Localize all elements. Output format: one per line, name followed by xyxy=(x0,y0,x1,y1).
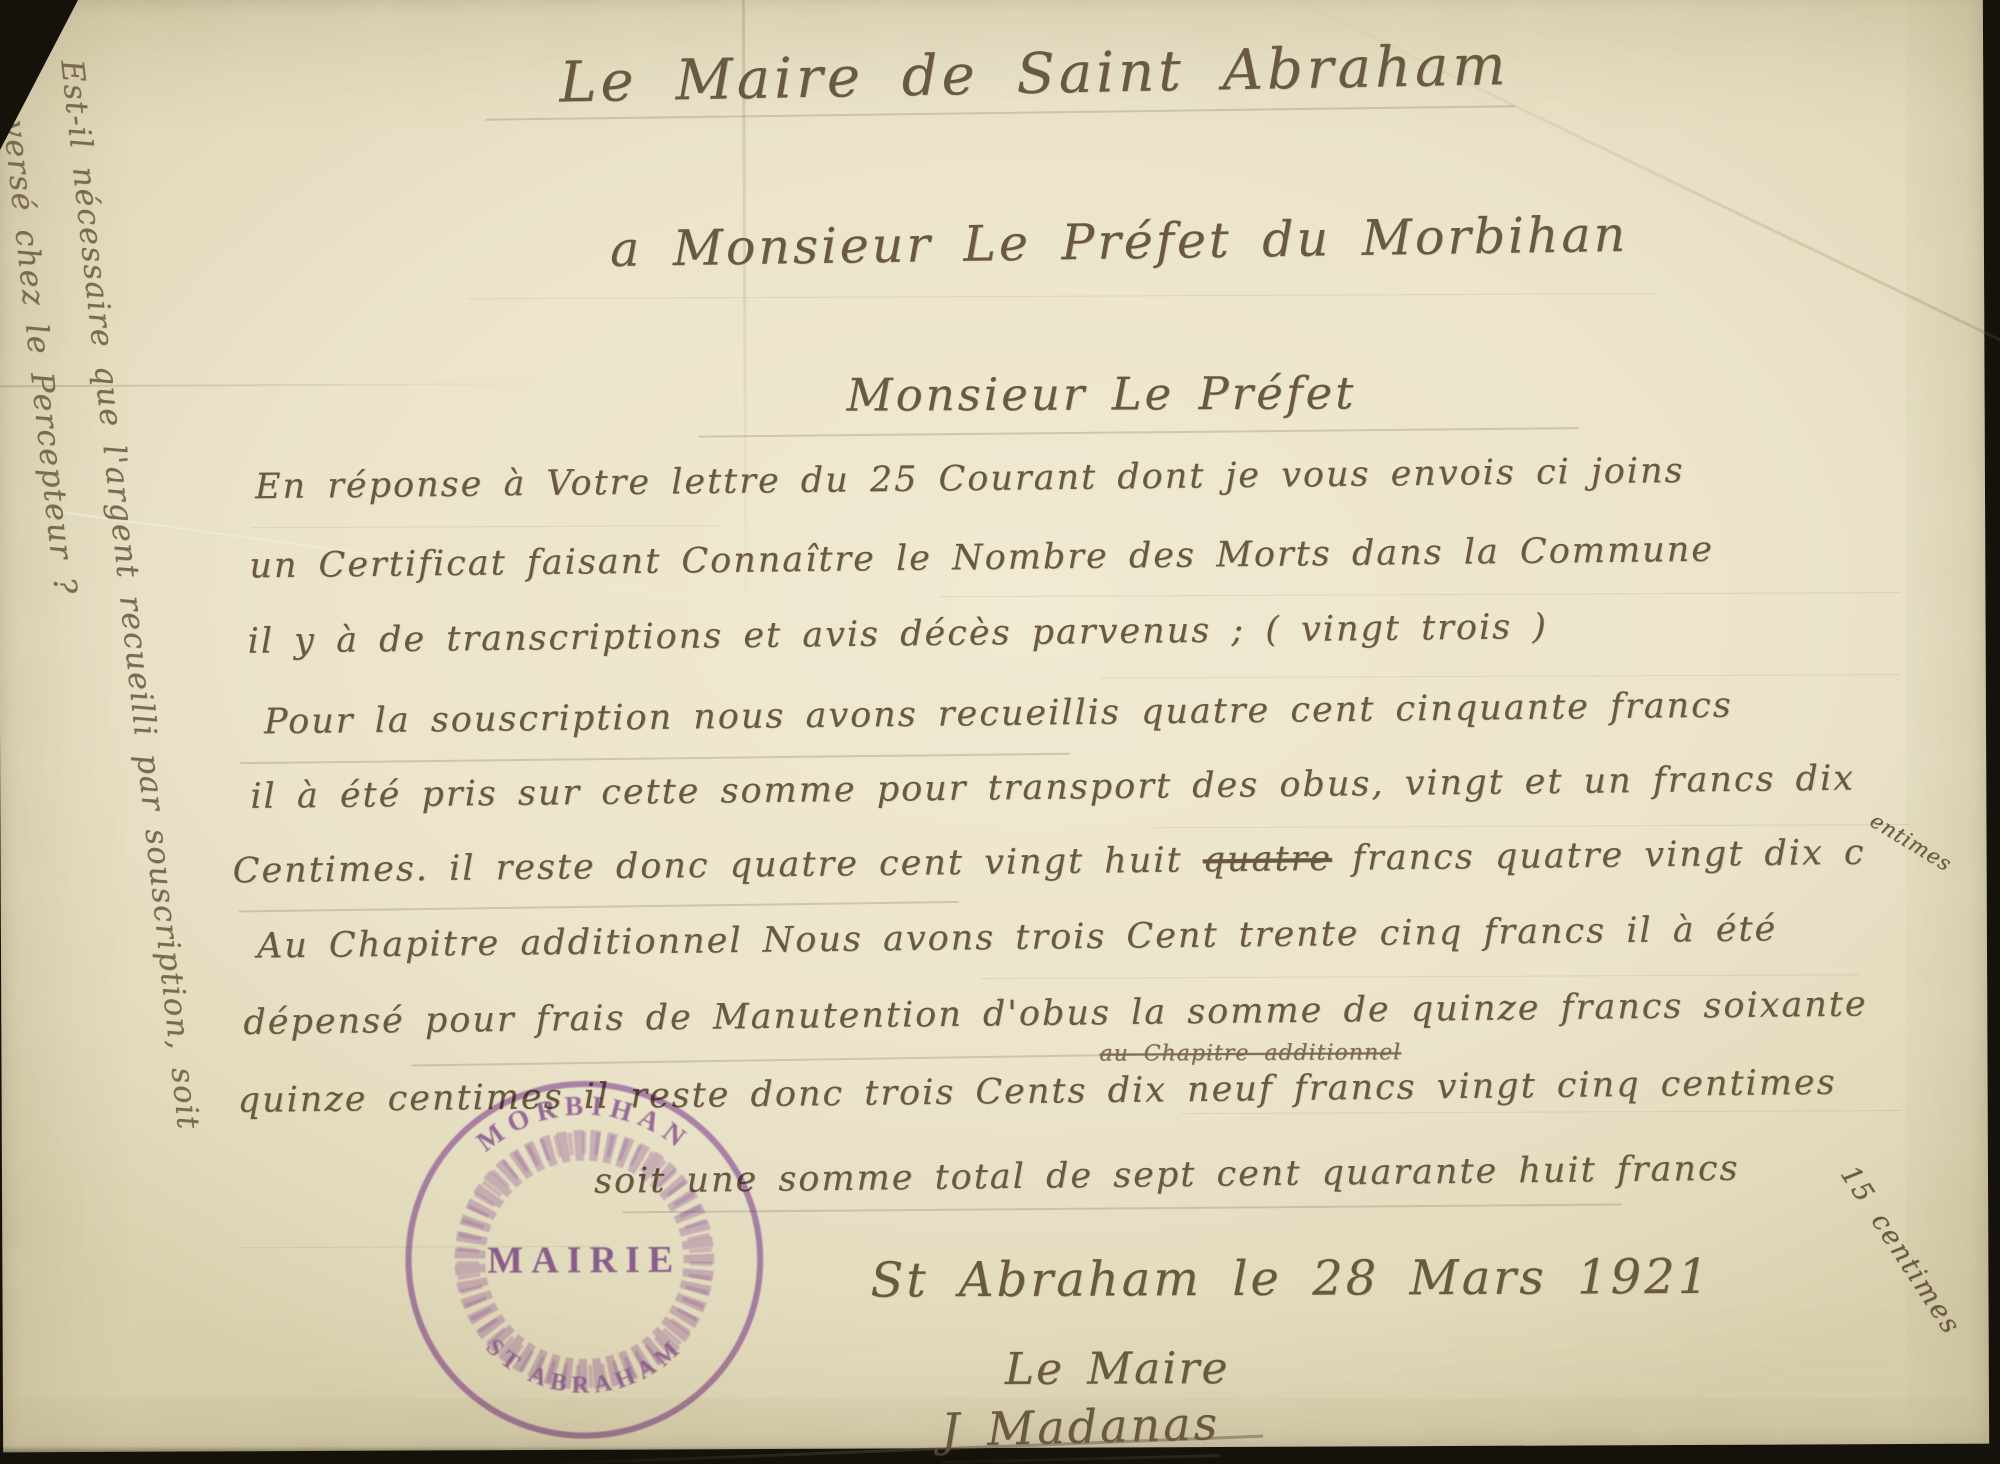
pencil-rule xyxy=(939,592,1899,597)
letter-closing: Le Maire xyxy=(1005,1343,1230,1395)
pencil-rule xyxy=(1100,674,1900,678)
letter-body-line-6: Centimes. il reste donc quatre cent ving… xyxy=(232,832,1956,892)
pencil-rule xyxy=(981,974,1861,979)
pencil-rule xyxy=(622,1204,1622,1214)
line6-text-after: francs quatre vingt dix c xyxy=(1332,833,1866,879)
letter-body-line-5: il à été pris sur cette somme pour trans… xyxy=(250,759,1855,817)
line9-text-after: dix neuf francs vingt cinq centimes xyxy=(1107,1063,1836,1111)
pencil-rule xyxy=(240,753,1070,764)
letter-body-line-1: En réponse à Votre lettre du 25 Courant … xyxy=(255,451,1685,507)
pencil-rule xyxy=(699,427,1579,437)
letter-body-line-3: il y à de transcriptions et avis décès p… xyxy=(247,607,1548,662)
pencil-rule xyxy=(1182,1110,1902,1114)
letter-body-line-4: Pour la souscription nous avons recueill… xyxy=(264,686,1733,743)
letter-salutation: Monsieur Le Préfet xyxy=(846,366,1356,421)
pencil-rule xyxy=(1150,824,1910,828)
margin-note-line-1: Est-il nécessaire que l'argent recueilli… xyxy=(53,58,206,1132)
line6-edge-word: entimes xyxy=(1866,808,1956,876)
letter-body-line-7: Au Chapitre additionnel Nous avons trois… xyxy=(257,909,1778,966)
stamp-text-center: MAIRIE xyxy=(487,1239,681,1282)
letter-heading-sender: Le Maire de Saint Abraham xyxy=(559,33,1510,115)
photo-bottom-edge xyxy=(0,1446,2000,1464)
line6-text: Centimes. il reste donc quatre cent ving… xyxy=(232,840,1202,891)
letter-paper: Le Maire de Saint Abraham a Monsieur Le … xyxy=(0,0,1989,1452)
line6-struck-word: quatre xyxy=(1202,839,1332,880)
photo-stage: Le Maire de Saint Abraham a Monsieur Le … xyxy=(0,0,2000,1464)
line10-diagonal-note: 15 centimes xyxy=(1834,1160,1967,1340)
letter-dateline: St Abraham le 28 Mars 1921 xyxy=(870,1249,1711,1309)
letter-heading-recipient: a Monsieur Le Préfet du Morbihan xyxy=(610,206,1629,278)
pencil-rule xyxy=(411,1053,1171,1066)
mairie-ink-stamp: MORBIHAN ST ABRAHAM MAIRIE xyxy=(400,1075,770,1445)
pencil-rule xyxy=(468,293,1658,299)
letter-body-line-2: un Certificat faisant Connaître le Nombr… xyxy=(249,530,1714,587)
pencil-rule xyxy=(239,901,959,912)
letter-body-line-8: dépensé pour frais de Manutention d'obus… xyxy=(243,985,1868,1043)
pencil-rule xyxy=(251,525,721,528)
paper-crease xyxy=(0,383,559,387)
interline-insertion: au Chapitre additionnel xyxy=(1099,1040,1401,1066)
